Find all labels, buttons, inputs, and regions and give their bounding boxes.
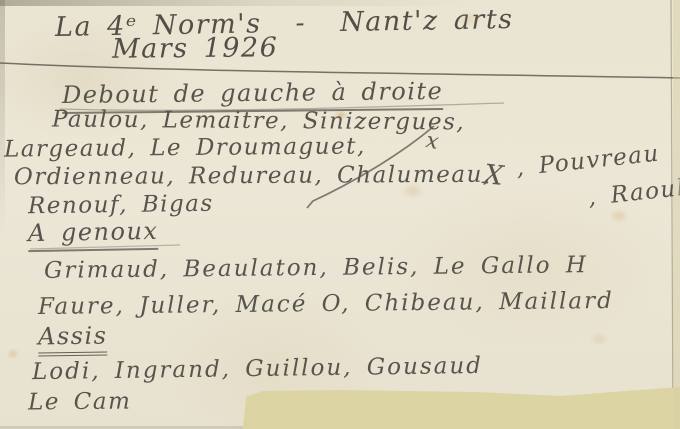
right-edge-crease-line [671,0,673,429]
standing-section-header: Debout de gauche à droite [62,77,444,109]
kneeling-row-2: Faure, Juller, Macé O, Chibeau, Maillard [38,288,614,320]
standing-row-2: Largeaud, Le Droumaguet, [4,133,366,162]
seated-row-2: Le Cam [28,389,132,416]
standing-row-4: Renouf, Bigas [28,191,214,220]
kneeling-header-text: A genoux [28,217,159,252]
foxing-stain [606,206,632,226]
standing-row-2-extra: , Pouvreau [515,141,661,182]
foxing-stain [586,330,612,348]
handwritten-photo-back: La 4ᵉ Norm's - Nant'z arts Mars 1926 Deb… [0,0,680,429]
top-edge-shadow [0,0,680,6]
horizontal-rule-line [0,63,680,78]
unknown-person-mark-1: x [424,128,441,155]
foxing-stain [4,346,22,362]
right-edge-strip [673,0,680,429]
standing-row-1: Paulou, Lemaitre, Sinizergues, [52,107,465,136]
seated-header-text: Assis [38,322,108,357]
title-dash: - [295,8,306,39]
kneeling-row-1: Grimaud, Beaulaton, Belis, Le Gallo H [44,252,588,284]
date-line: Mars 1926 [112,32,279,64]
standing-row-3: Ordienneau, Redureau, Chalumeau, [14,162,492,191]
seated-section-header: Assis [38,322,108,351]
seated-row-1: Lodi, Ingrand, Guillou, Gousaud [32,353,483,385]
standing-row-3-extra: , Raoul [587,175,680,211]
unknown-person-mark-2: X [482,159,504,192]
title-right-text: Nant'z arts [340,4,514,38]
left-edge-shadow [0,0,5,236]
kneeling-section-header: A genoux [28,217,159,247]
